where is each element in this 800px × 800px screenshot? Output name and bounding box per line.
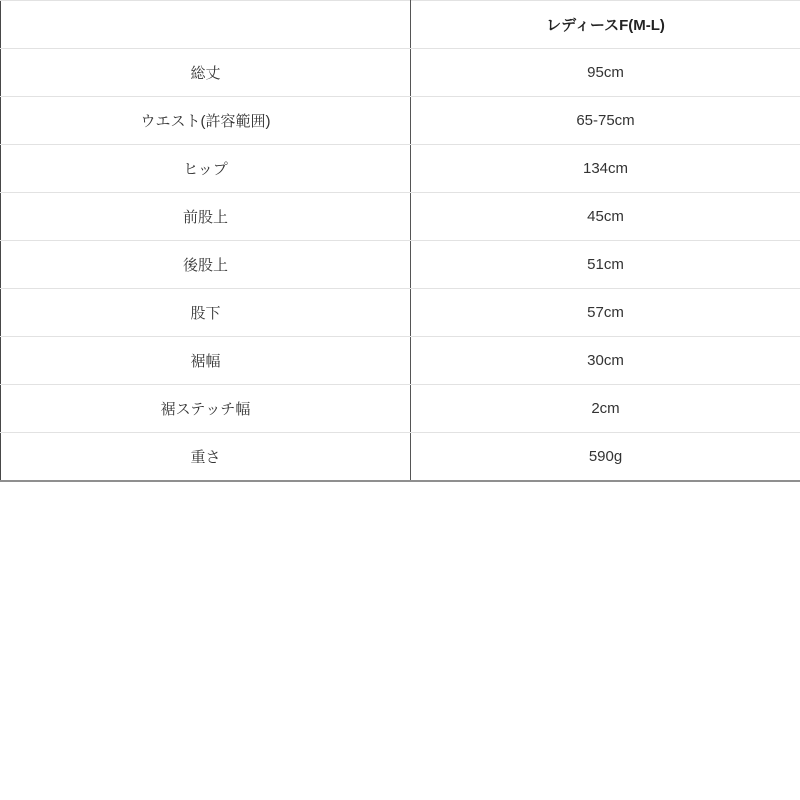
table-row: ウエスト(許容範囲) 65-75cm xyxy=(1,97,800,145)
measurement-label: 股下 xyxy=(1,289,411,337)
table-row: 裾ステッチ幅 2cm xyxy=(1,385,800,433)
measurement-label: 裾ステッチ幅 xyxy=(1,385,411,433)
measurement-label: 重さ xyxy=(1,433,411,481)
measurement-value: 134cm xyxy=(411,145,800,193)
measurement-label: 総丈 xyxy=(1,49,411,97)
header-label-cell xyxy=(1,1,411,49)
table-row: 総丈 95cm xyxy=(1,49,800,97)
size-chart-header: レディースF(M-L) xyxy=(1,1,800,49)
measurement-value: 2cm xyxy=(411,385,800,433)
header-size-cell: レディースF(M-L) xyxy=(411,1,800,49)
measurement-label: ウエスト(許容範囲) xyxy=(1,97,411,145)
table-row: 裾幅 30cm xyxy=(1,337,800,385)
table-row: 重さ 590g xyxy=(1,433,800,481)
measurement-value: 57cm xyxy=(411,289,800,337)
measurement-value: 51cm xyxy=(411,241,800,289)
table-row: 後股上 51cm xyxy=(1,241,800,289)
measurement-value: 65-75cm xyxy=(411,97,800,145)
table-row: 前股上 45cm xyxy=(1,193,800,241)
measurement-value: 95cm xyxy=(411,49,800,97)
measurement-label: ヒップ xyxy=(1,145,411,193)
size-table-body: 総丈 95cm ウエスト(許容範囲) 65-75cm ヒップ 134cm 前股上… xyxy=(1,49,800,481)
page: レディースF(M-L) 総丈 95cm ウエスト(許容範囲) 65-75cm ヒ… xyxy=(0,0,800,800)
measurement-value: 590g xyxy=(411,433,800,481)
measurement-label: 前股上 xyxy=(1,193,411,241)
measurement-label: 裾幅 xyxy=(1,337,411,385)
table-row: 股下 57cm xyxy=(1,289,800,337)
measurement-value: 45cm xyxy=(411,193,800,241)
size-chart-table: レディースF(M-L) 総丈 95cm ウエスト(許容範囲) 65-75cm ヒ… xyxy=(0,0,800,482)
measurement-label: 後股上 xyxy=(1,241,411,289)
measurement-value: 30cm xyxy=(411,337,800,385)
header-row: レディースF(M-L) xyxy=(1,1,800,49)
table-row: ヒップ 134cm xyxy=(1,145,800,193)
